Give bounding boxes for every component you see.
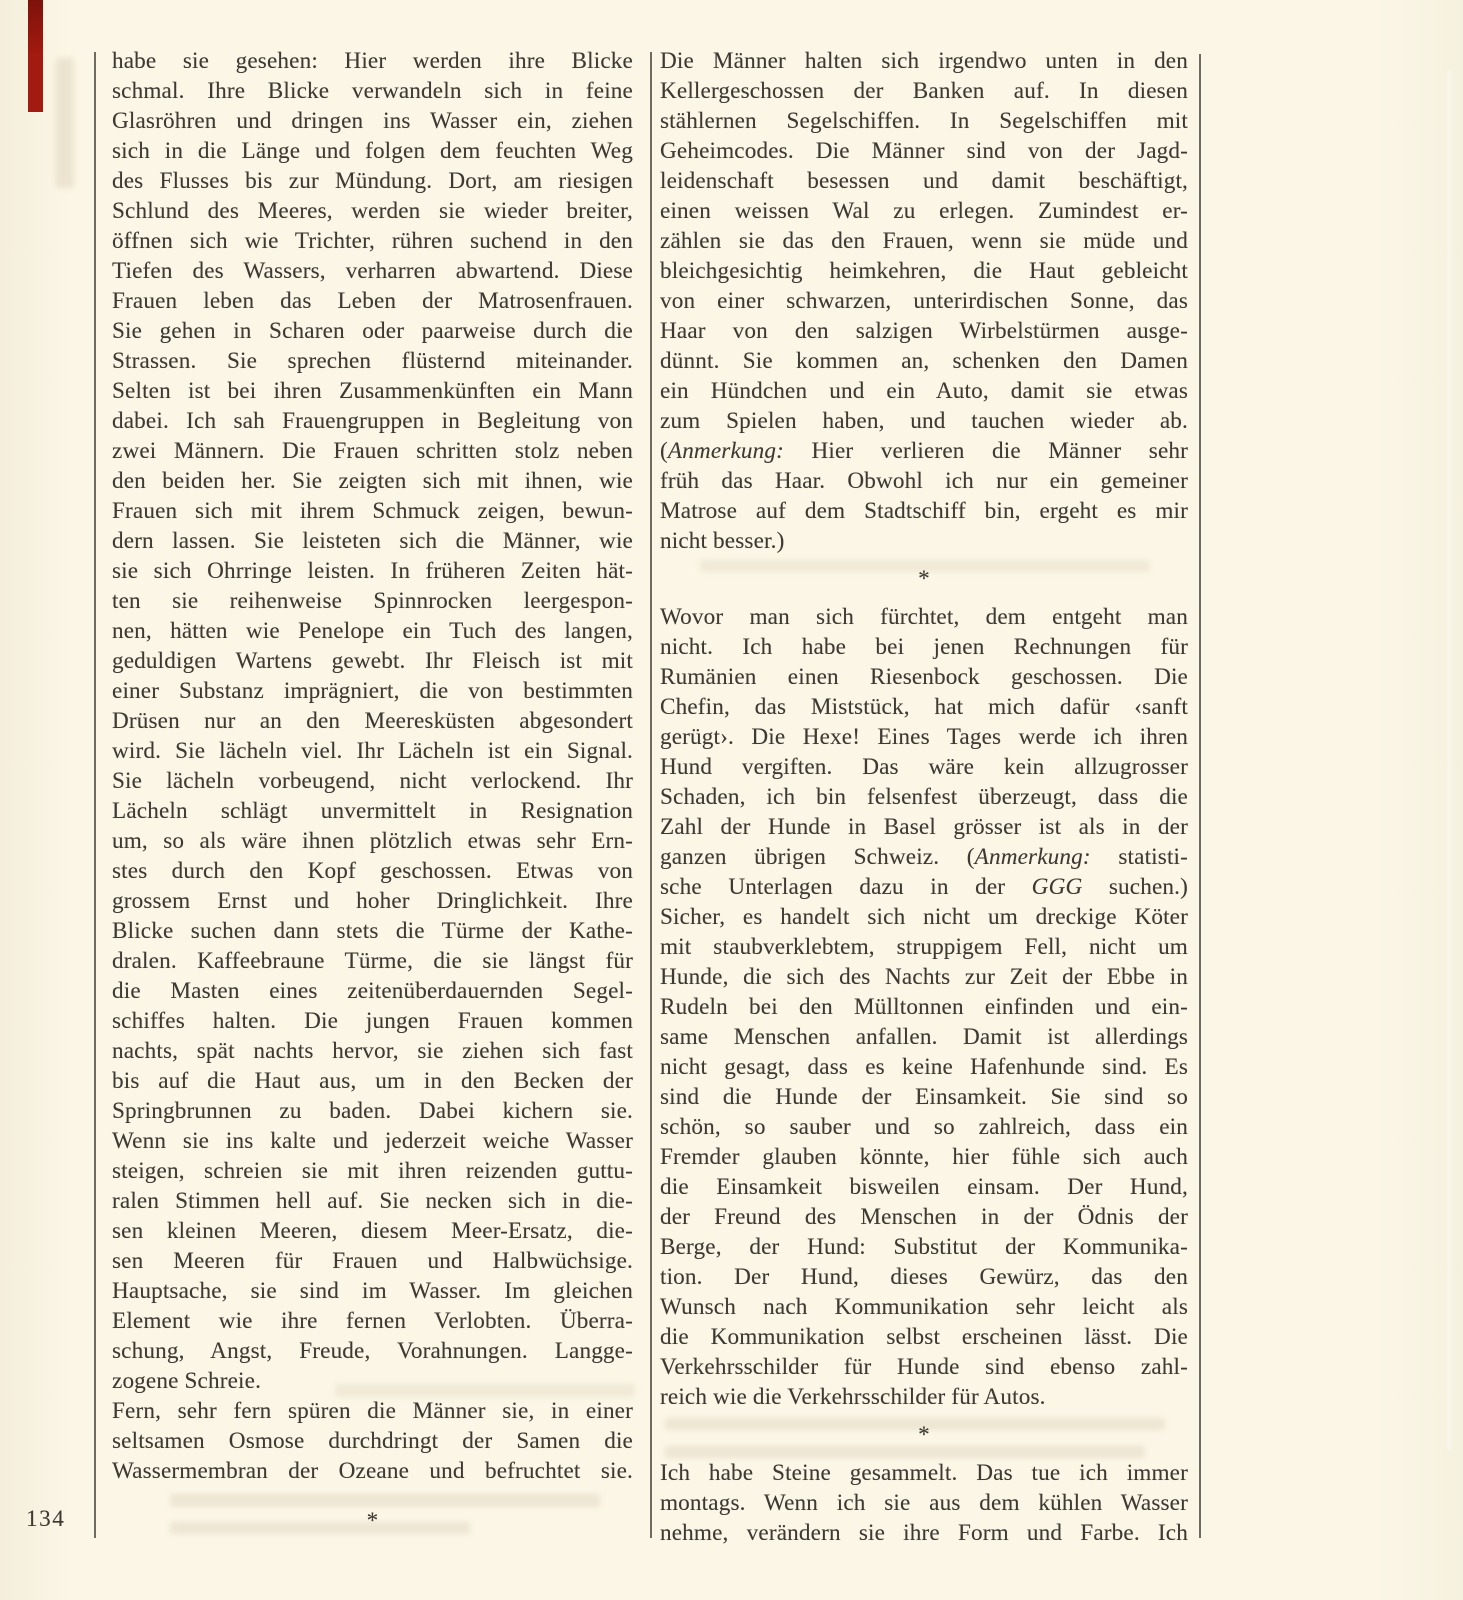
text-line: leidenschaft besessen und damit beschäft… bbox=[660, 166, 1188, 196]
section-separator-star: * bbox=[660, 1420, 1188, 1450]
text-run: des Flusses bis zur Mündung. Dort, am ri… bbox=[112, 168, 633, 194]
text-run: Fremder glauben könnte, hier fühle sich … bbox=[660, 1144, 1188, 1170]
text-run: Schaden, ich bin felsenfest überzeugt, d… bbox=[660, 784, 1188, 810]
text-run: nicht gesagt, dass es keine Hafenhunde s… bbox=[660, 1054, 1188, 1080]
text-line: Hund vergiften. Das wäre kein allzugross… bbox=[660, 752, 1188, 782]
text-line: einen weissen Wal zu erlegen. Zumindest … bbox=[660, 196, 1188, 226]
text-run: Wenn sie ins kalte und jederzeit weiche … bbox=[112, 1128, 633, 1154]
text-run: sen kleinen Meeren, diesem Meer-Ersatz, … bbox=[112, 1218, 633, 1244]
text-run: schiffes halten. Die jungen Frauen komme… bbox=[112, 1008, 633, 1034]
text-line: Sicher, es handelt sich nicht um dreckig… bbox=[660, 902, 1188, 932]
text-line: geduldigen Wartens gewebt. Ihr Fleisch i… bbox=[112, 646, 633, 676]
text-line: Frauen sich mit ihrem Schmuck zeigen, be… bbox=[112, 496, 633, 526]
text-run: stes durch den Kopf geschossen. Etwas vo… bbox=[112, 858, 633, 884]
text-run: tion. Der Hund, dieses Gewürz, das den bbox=[660, 1264, 1188, 1290]
text-line: nicht gesagt, dass es keine Hafenhunde s… bbox=[660, 1052, 1188, 1082]
book-page: habe sie gesehen: Hier werden ihre Blick… bbox=[0, 0, 1463, 1600]
text-run: Kellergeschossen der Banken auf. In dies… bbox=[660, 78, 1188, 104]
text-line: zum Spielen haben, und tauchen wieder ab… bbox=[660, 406, 1188, 436]
text-run: zählen sie das den Frauen, wenn sie müde… bbox=[660, 228, 1188, 254]
left-margin-rule bbox=[94, 52, 96, 1538]
text-run: leidenschaft besessen und damit beschäft… bbox=[660, 168, 1188, 194]
page-number: 134 bbox=[26, 1506, 65, 1533]
italic-run: GGG bbox=[1032, 874, 1083, 900]
text-run: Rumänien einen Riesenbock geschossen. Di… bbox=[660, 664, 1188, 690]
text-line: dralen. Kaffeebraune Türme, die sie läng… bbox=[112, 946, 633, 976]
text-run: nen, hätten wie Penelope ein Tuch des la… bbox=[112, 618, 633, 644]
text-run: bis auf die Haut aus, um in den Becken d… bbox=[112, 1068, 633, 1094]
text-line: Haar von den salzigen Wirbelstürmen ausg… bbox=[660, 316, 1188, 346]
text-run: einer Substanz imprägniert, die von best… bbox=[112, 678, 633, 704]
text-run: gerügt›. Die Hexe! Eines Tages werde ich… bbox=[660, 724, 1188, 750]
text-line: Schaden, ich bin felsenfest überzeugt, d… bbox=[660, 782, 1188, 812]
text-run: seltsamen Osmose durchdringt der Samen d… bbox=[112, 1428, 633, 1454]
text-line: Berge, der Hund: Substitut der Kommunika… bbox=[660, 1232, 1188, 1262]
text-line: nachts, spät nachts hervor, sie ziehen s… bbox=[112, 1036, 633, 1066]
text-line: Selten ist bei ihren Zusammenkünften ein… bbox=[112, 376, 633, 406]
text-line: nicht. Ich habe bei jenen Rechnungen für bbox=[660, 632, 1188, 662]
section-separator-star: * bbox=[112, 1506, 633, 1536]
text-line: um, so als wäre ihnen plötzlich etwas se… bbox=[112, 826, 633, 856]
text-run: der Freund des Menschen in der Ödnis der bbox=[660, 1204, 1188, 1230]
text-run: zum Spielen haben, und tauchen wieder ab… bbox=[660, 408, 1188, 434]
section-separator-star: * bbox=[660, 564, 1188, 594]
text-run: ein Hündchen und ein Auto, damit sie etw… bbox=[660, 378, 1188, 404]
right-text-column: Die Männer halten sich irgendwo unten in… bbox=[660, 46, 1188, 1548]
text-line: den beiden her. Sie zeigten sich mit ihn… bbox=[112, 466, 633, 496]
text-run: sie sich Ohrringe leisten. In früheren Z… bbox=[112, 558, 633, 584]
text-line: Kellergeschossen der Banken auf. In dies… bbox=[660, 76, 1188, 106]
text-run: Die Männer halten sich irgendwo unten in… bbox=[660, 48, 1188, 74]
text-run: montags. Wenn ich sie aus dem kühlen Was… bbox=[660, 1490, 1188, 1516]
text-run: sche Unterlagen dazu in der bbox=[660, 874, 1032, 900]
text-run: grossem Ernst und hoher Dringlichkeit. I… bbox=[112, 888, 633, 914]
text-line: Ich habe Steine gesammelt. Das tue ich i… bbox=[660, 1458, 1188, 1488]
text-line: reich wie die Verkehrsschilder für Autos… bbox=[660, 1382, 1188, 1412]
text-line: stes durch den Kopf geschossen. Etwas vo… bbox=[112, 856, 633, 886]
text-line: same Menschen anfallen. Damit ist allerd… bbox=[660, 1022, 1188, 1052]
showthrough-smudge bbox=[56, 58, 74, 188]
text-line: Wassermembran der Ozeane und befruchtet … bbox=[112, 1456, 633, 1486]
text-run: stählernen Segelschiffen. In Segelschiff… bbox=[660, 108, 1188, 134]
text-run: nachts, spät nachts hervor, sie ziehen s… bbox=[112, 1038, 633, 1064]
text-line: Rumänien einen Riesenbock geschossen. Di… bbox=[660, 662, 1188, 692]
text-run: ganzen übrigen Schweiz. ( bbox=[660, 844, 975, 870]
text-run: nehme, verändern sie ihre Form und Farbe… bbox=[660, 1520, 1188, 1546]
text-run: Hauptsache, sie sind im Wasser. Im gleic… bbox=[112, 1278, 633, 1304]
text-run: mit staubverklebtem, struppigem Fell, ni… bbox=[660, 934, 1188, 960]
text-line: bis auf die Haut aus, um in den Becken d… bbox=[112, 1066, 633, 1096]
text-line: der Freund des Menschen in der Ödnis der bbox=[660, 1202, 1188, 1232]
text-run: Wunsch nach Kommunikation sehr leicht al… bbox=[660, 1294, 1188, 1320]
text-run: nicht. Ich habe bei jenen Rechnungen für bbox=[660, 634, 1188, 660]
text-run: die Kommunikation selbst erscheinen läss… bbox=[660, 1324, 1188, 1350]
text-run: geduldigen Wartens gewebt. Ihr Fleisch i… bbox=[112, 648, 633, 674]
text-run: Chefin, das Miststück, hat mich dafür ‹s… bbox=[660, 694, 1188, 720]
text-line: montags. Wenn ich sie aus dem kühlen Was… bbox=[660, 1488, 1188, 1518]
text-run: dabei. Ich sah Frauengruppen in Begleitu… bbox=[112, 408, 633, 434]
text-run: dralen. Kaffeebraune Türme, die sie läng… bbox=[112, 948, 633, 974]
text-run: dern lassen. Sie leisteten sich die Männ… bbox=[112, 528, 633, 554]
text-line: Hauptsache, sie sind im Wasser. Im gleic… bbox=[112, 1276, 633, 1306]
text-line: Chefin, das Miststück, hat mich dafür ‹s… bbox=[660, 692, 1188, 722]
text-line: von einer schwarzen, unterirdischen Sonn… bbox=[660, 286, 1188, 316]
text-run: suchen.) bbox=[1082, 874, 1188, 900]
text-run: Strassen. Sie sprechen flüsternd miteina… bbox=[112, 348, 633, 374]
text-line: sind die Hunde der Einsamkeit. Sie sind … bbox=[660, 1082, 1188, 1112]
text-run: Sicher, es handelt sich nicht um dreckig… bbox=[660, 904, 1188, 930]
text-line: Springbrunnen zu baden. Dabei kichern si… bbox=[112, 1096, 633, 1126]
text-line: mit staubverklebtem, struppigem Fell, ni… bbox=[660, 932, 1188, 962]
text-run: statisti- bbox=[1091, 844, 1188, 870]
text-run: Wovor man sich fürchtet, dem entgeht man bbox=[660, 604, 1188, 630]
text-run: Geheimcodes. Die Männer sind von der Jag… bbox=[660, 138, 1188, 164]
text-line: Sie lächeln vorbeugend, nicht verlockend… bbox=[112, 766, 633, 796]
text-line: Wunsch nach Kommunikation sehr leicht al… bbox=[660, 1292, 1188, 1322]
text-line: dünnt. Sie kommen an, schenken den Damen bbox=[660, 346, 1188, 376]
text-run: Matrose auf dem Stadtschiff bin, ergeht … bbox=[660, 498, 1188, 524]
text-run: same Menschen anfallen. Damit ist allerd… bbox=[660, 1024, 1188, 1050]
text-line: seltsamen Osmose durchdringt der Samen d… bbox=[112, 1426, 633, 1456]
text-line: sie sich Ohrringe leisten. In früheren Z… bbox=[112, 556, 633, 586]
text-line: sen kleinen Meeren, diesem Meer-Ersatz, … bbox=[112, 1216, 633, 1246]
text-line: Element wie ihre fernen Verlobten. Überr… bbox=[112, 1306, 633, 1336]
text-line: zählen sie das den Frauen, wenn sie müde… bbox=[660, 226, 1188, 256]
text-run: dünnt. Sie kommen an, schenken den Damen bbox=[660, 348, 1188, 374]
text-run: Hund vergiften. Das wäre kein allzugross… bbox=[660, 754, 1188, 780]
text-run: ten sie reihenweise Spinnrocken leergesp… bbox=[112, 588, 633, 614]
text-run: um, so als wäre ihnen plötzlich etwas se… bbox=[112, 828, 633, 854]
text-line: dern lassen. Sie leisteten sich die Männ… bbox=[112, 526, 633, 556]
text-run: Berge, der Hund: Substitut der Kommunika… bbox=[660, 1234, 1188, 1260]
text-run: nicht besser.) bbox=[660, 528, 784, 554]
text-line: Hunde, die sich des Nachts zur Zeit der … bbox=[660, 962, 1188, 992]
text-line: früh das Haar. Obwohl ich nur ein gemein… bbox=[660, 466, 1188, 496]
text-line: Rudeln bei den Mülltonnen einfinden und … bbox=[660, 992, 1188, 1022]
text-line: steigen, schreien sie mit ihren reizende… bbox=[112, 1156, 633, 1186]
text-line: bleichgesichtig heimkehren, die Haut geb… bbox=[660, 256, 1188, 286]
text-line: Geheimcodes. Die Männer sind von der Jag… bbox=[660, 136, 1188, 166]
italic-run: Anmerkung: bbox=[668, 438, 784, 464]
text-run: Verkehrsschilder für Hunde sind ebenso z… bbox=[660, 1354, 1188, 1380]
text-run: früh das Haar. Obwohl ich nur ein gemein… bbox=[660, 468, 1188, 494]
text-run: schung, Angst, Freude, Vorahnungen. Lang… bbox=[112, 1338, 633, 1364]
text-run: ralen Stimmen hell auf. Sie necken sich … bbox=[112, 1188, 633, 1214]
text-line: des Flusses bis zur Mündung. Dort, am ri… bbox=[112, 166, 633, 196]
text-run: Fern, sehr fern spüren die Männer sie, i… bbox=[112, 1398, 633, 1424]
text-run: Blicke suchen dann stets die Türme der K… bbox=[112, 918, 633, 944]
text-run: Sie lächeln vorbeugend, nicht verlockend… bbox=[112, 768, 633, 794]
text-line: Glasröhren und dringen ins Wasser ein, z… bbox=[112, 106, 633, 136]
text-line: Sie gehen in Scharen oder paarweise durc… bbox=[112, 316, 633, 346]
text-run: zogene Schreie. bbox=[112, 1368, 261, 1394]
text-line: tion. Der Hund, dieses Gewürz, das den bbox=[660, 1262, 1188, 1292]
text-line: Fern, sehr fern spüren die Männer sie, i… bbox=[112, 1396, 633, 1426]
red-edge-mark bbox=[28, 0, 43, 112]
text-line: Tiefen des Wassers, verharren abwartend.… bbox=[112, 256, 633, 286]
text-run: Glasröhren und dringen ins Wasser ein, z… bbox=[112, 108, 633, 134]
italic-run: Anmerkung: bbox=[975, 844, 1091, 870]
text-run: Ich habe Steine gesammelt. Das tue ich i… bbox=[660, 1460, 1188, 1486]
column-divider-rule bbox=[650, 52, 652, 1538]
text-line: schung, Angst, Freude, Vorahnungen. Lang… bbox=[112, 1336, 633, 1366]
text-run: die Masten eines zeitenüberdauernden Seg… bbox=[112, 978, 633, 1004]
text-line: sche Unterlagen dazu in der GGG suchen.) bbox=[660, 872, 1188, 902]
text-run: Wassermembran der Ozeane und befruchtet … bbox=[112, 1458, 633, 1484]
text-line: Schlund des Meeres, werden sie wieder br… bbox=[112, 196, 633, 226]
text-line: öffnen sich wie Trichter, rühren suchend… bbox=[112, 226, 633, 256]
text-line: die Masten eines zeitenüberdauernden Seg… bbox=[112, 976, 633, 1006]
text-line: Verkehrsschilder für Hunde sind ebenso z… bbox=[660, 1352, 1188, 1382]
text-run: schmal. Ihre Blicke verwandeln sich in f… bbox=[112, 78, 633, 104]
text-run: Frauen sich mit ihrem Schmuck zeigen, be… bbox=[112, 498, 633, 524]
text-line: ten sie reihenweise Spinnrocken leergesp… bbox=[112, 586, 633, 616]
text-run: reich wie die Verkehrsschilder für Autos… bbox=[660, 1384, 1046, 1410]
text-line: wird. Sie lächeln viel. Ihr Lächeln ist … bbox=[112, 736, 633, 766]
text-line: schiffes halten. Die jungen Frauen komme… bbox=[112, 1006, 633, 1036]
text-run: sich in die Länge und folgen dem feuchte… bbox=[112, 138, 633, 164]
text-line: gerügt›. Die Hexe! Eines Tages werde ich… bbox=[660, 722, 1188, 752]
text-line: Strassen. Sie sprechen flüsternd miteina… bbox=[112, 346, 633, 376]
text-run: Zahl der Hunde in Basel grösser ist als … bbox=[660, 814, 1188, 840]
text-run: Hunde, die sich des Nachts zur Zeit der … bbox=[660, 964, 1188, 990]
text-run: Schlund des Meeres, werden sie wieder br… bbox=[112, 198, 633, 224]
text-run: ( bbox=[660, 438, 668, 464]
text-run: schön, so sauber und so zahlreich, dass … bbox=[660, 1114, 1188, 1140]
text-run: von einer schwarzen, unterirdischen Sonn… bbox=[660, 288, 1188, 314]
text-run: öffnen sich wie Trichter, rühren suchend… bbox=[112, 228, 633, 254]
text-run: Selten ist bei ihren Zusammenkünften ein… bbox=[112, 378, 633, 404]
right-margin-rule bbox=[1199, 54, 1201, 1538]
text-line: schön, so sauber und so zahlreich, dass … bbox=[660, 1112, 1188, 1142]
text-line: die Einsamkeit bisweilen einsam. Der Hun… bbox=[660, 1172, 1188, 1202]
text-run: sen Meeren für Frauen und Halbwüchsige. bbox=[112, 1248, 633, 1274]
text-run: wird. Sie lächeln viel. Ihr Lächeln ist … bbox=[112, 738, 633, 764]
text-line: ein Hündchen und ein Auto, damit sie etw… bbox=[660, 376, 1188, 406]
text-line: sen Meeren für Frauen und Halbwüchsige. bbox=[112, 1246, 633, 1276]
text-line: einer Substanz imprägniert, die von best… bbox=[112, 676, 633, 706]
text-run: Springbrunnen zu baden. Dabei kichern si… bbox=[112, 1098, 633, 1124]
text-run: Tiefen des Wassers, verharren abwartend.… bbox=[112, 258, 633, 284]
page-edge-highlight bbox=[1448, 70, 1451, 1450]
left-text-column: habe sie gesehen: Hier werden ihre Blick… bbox=[112, 46, 633, 1536]
text-run: sind die Hunde der Einsamkeit. Sie sind … bbox=[660, 1084, 1188, 1110]
text-line: ralen Stimmen hell auf. Sie necken sich … bbox=[112, 1186, 633, 1216]
text-run: steigen, schreien sie mit ihren reizende… bbox=[112, 1158, 633, 1184]
text-run: Hier verlieren die Männer sehr bbox=[784, 438, 1188, 464]
text-run: bleichgesichtig heimkehren, die Haut geb… bbox=[660, 258, 1188, 284]
text-line: zwei Männern. Die Frauen schritten stolz… bbox=[112, 436, 633, 466]
text-line: stählernen Segelschiffen. In Segelschiff… bbox=[660, 106, 1188, 136]
text-run: Lächeln schlägt unvermittelt in Resignat… bbox=[112, 798, 633, 824]
text-line: ganzen übrigen Schweiz. (Anmerkung: stat… bbox=[660, 842, 1188, 872]
text-run: einen weissen Wal zu erlegen. Zumindest … bbox=[660, 198, 1188, 224]
text-run: den beiden her. Sie zeigten sich mit ihn… bbox=[112, 468, 633, 494]
text-run: habe sie gesehen: Hier werden ihre Blick… bbox=[112, 48, 633, 74]
text-line: dabei. Ich sah Frauengruppen in Begleitu… bbox=[112, 406, 633, 436]
text-line: Die Männer halten sich irgendwo unten in… bbox=[660, 46, 1188, 76]
text-line: schmal. Ihre Blicke verwandeln sich in f… bbox=[112, 76, 633, 106]
text-line: Wovor man sich fürchtet, dem entgeht man bbox=[660, 602, 1188, 632]
text-run: Drüsen nur an den Meeresküsten abgesonde… bbox=[112, 708, 633, 734]
text-line: grossem Ernst und hoher Dringlichkeit. I… bbox=[112, 886, 633, 916]
text-line: Frauen leben das Leben der Matrosenfraue… bbox=[112, 286, 633, 316]
text-run: Rudeln bei den Mülltonnen einfinden und … bbox=[660, 994, 1188, 1020]
text-run: Haar von den salzigen Wirbelstürmen ausg… bbox=[660, 318, 1188, 344]
text-line: habe sie gesehen: Hier werden ihre Blick… bbox=[112, 46, 633, 76]
text-line: Lächeln schlägt unvermittelt in Resignat… bbox=[112, 796, 633, 826]
text-line: Zahl der Hunde in Basel grösser ist als … bbox=[660, 812, 1188, 842]
text-run: die Einsamkeit bisweilen einsam. Der Hun… bbox=[660, 1174, 1188, 1200]
text-line: die Kommunikation selbst erscheinen läss… bbox=[660, 1322, 1188, 1352]
text-line: Blicke suchen dann stets die Türme der K… bbox=[112, 916, 633, 946]
text-line: nen, hätten wie Penelope ein Tuch des la… bbox=[112, 616, 633, 646]
text-line: (Anmerkung: Hier verlieren die Männer se… bbox=[660, 436, 1188, 466]
text-line: Wenn sie ins kalte und jederzeit weiche … bbox=[112, 1126, 633, 1156]
text-run: Sie gehen in Scharen oder paarweise durc… bbox=[112, 318, 633, 344]
text-line: nicht besser.) bbox=[660, 526, 1188, 556]
text-run: zwei Männern. Die Frauen schritten stolz… bbox=[112, 438, 633, 464]
text-line: nehme, verändern sie ihre Form und Farbe… bbox=[660, 1518, 1188, 1548]
text-run: Element wie ihre fernen Verlobten. Überr… bbox=[112, 1308, 633, 1334]
text-run: Frauen leben das Leben der Matrosenfraue… bbox=[112, 288, 633, 314]
text-line: Matrose auf dem Stadtschiff bin, ergeht … bbox=[660, 496, 1188, 526]
text-line: sich in die Länge und folgen dem feuchte… bbox=[112, 136, 633, 166]
text-line: Fremder glauben könnte, hier fühle sich … bbox=[660, 1142, 1188, 1172]
text-line: Drüsen nur an den Meeresküsten abgesonde… bbox=[112, 706, 633, 736]
text-line: zogene Schreie. bbox=[112, 1366, 633, 1396]
